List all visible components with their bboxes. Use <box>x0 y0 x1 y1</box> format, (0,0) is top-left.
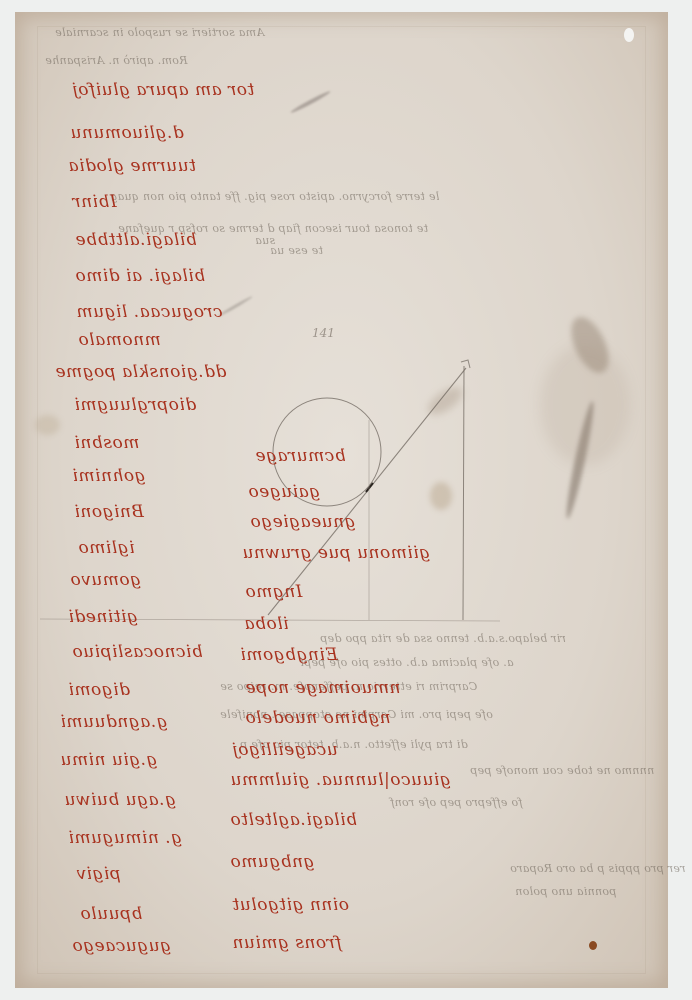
right-word: Ingmo <box>245 582 302 602</box>
right-word: gnueagiego <box>250 512 355 532</box>
right-column: bcmurage gaiugeo gnueagiego giimonu pue … <box>0 0 692 1000</box>
right-word: iloba <box>244 614 289 634</box>
right-word: oinn gitgolut <box>232 895 349 915</box>
right-word: giuuco|lunnua. giulmmu <box>230 770 451 790</box>
right-word: gaiugeo <box>248 482 320 502</box>
right-word: giimonu pue gruwnu <box>242 543 430 563</box>
right-word: Eingbgomi <box>240 645 338 665</box>
right-word: nmuoimage nope <box>245 678 400 698</box>
right-word: ngbimo nuodelo <box>245 708 391 728</box>
right-word: frons gmiun <box>232 933 342 953</box>
right-word: gnbgumo <box>230 852 314 872</box>
right-word: bilagi.agltelto <box>230 810 357 830</box>
right-word: ucageilligoj <box>232 740 338 760</box>
right-word: bcmurage <box>255 446 346 466</box>
